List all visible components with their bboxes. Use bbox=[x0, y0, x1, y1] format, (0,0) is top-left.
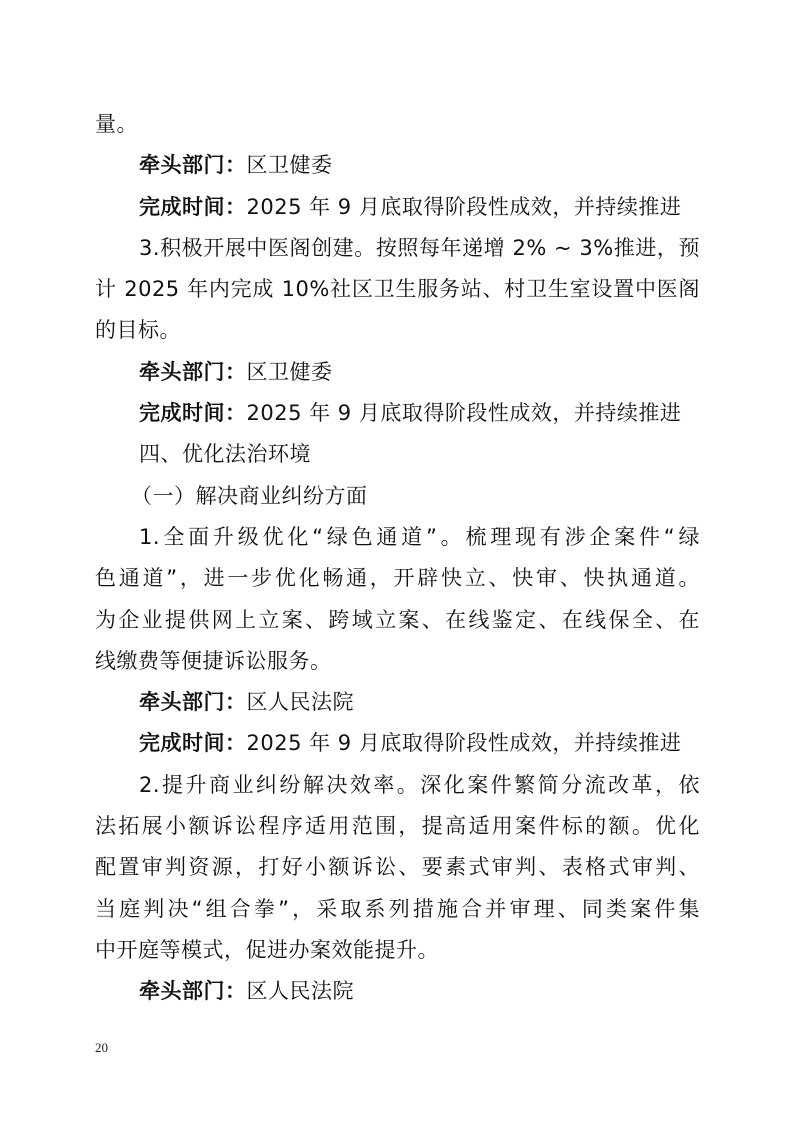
paragraph-line: 配置审判资源，打好小额诉讼、要素式审判、表格式审判、 bbox=[95, 847, 700, 888]
field-label: 牵头部门： bbox=[139, 690, 247, 714]
completion-time-line: 完成时间：2025 年 9 月底取得阶段性成效，并持续推进 bbox=[95, 187, 700, 228]
lead-department-line: 牵头部门：区卫健委 bbox=[95, 145, 700, 186]
document-page: 量。 牵头部门：区卫健委 完成时间：2025 年 9 月底取得阶段性成效，并持续… bbox=[95, 104, 700, 1013]
lead-department-line: 牵头部门：区卫健委 bbox=[95, 352, 700, 393]
paragraph-line: 3.积极开展中医阁创建。按照每年递增 2% ~ 3%推进，预 bbox=[95, 228, 700, 269]
field-value: 2025 年 9 月底取得阶段性成效，并持续推进 bbox=[247, 401, 682, 425]
field-label: 完成时间： bbox=[139, 195, 247, 219]
paragraph-line: 当庭判决“组合拳”，采取系列措施合并审理、同类案件集 bbox=[95, 889, 700, 930]
field-value: 2025 年 9 月底取得阶段性成效，并持续推进 bbox=[247, 195, 682, 219]
field-label: 牵头部门： bbox=[139, 360, 247, 384]
completion-time-line: 完成时间：2025 年 9 月底取得阶段性成效，并持续推进 bbox=[95, 393, 700, 434]
field-value: 区卫健委 bbox=[247, 360, 333, 384]
field-label: 牵头部门： bbox=[139, 153, 247, 177]
field-label: 完成时间： bbox=[139, 401, 247, 425]
field-label: 牵头部门： bbox=[139, 979, 247, 1003]
page-number: 20 bbox=[95, 1040, 108, 1056]
field-value: 区人民法院 bbox=[247, 690, 355, 714]
paragraph-tail: 量。 bbox=[95, 104, 700, 145]
paragraph-line: 2.提升商业纠纷解决效率。深化案件繁简分流改革，依 bbox=[95, 765, 700, 806]
paragraph-line: 线缴费等便捷诉讼服务。 bbox=[95, 641, 700, 682]
field-value: 2025 年 9 月底取得阶段性成效，并持续推进 bbox=[247, 731, 682, 755]
paragraph-line: 1.全面升级优化“绿色通道”。梳理现有涉企案件“绿 bbox=[95, 517, 700, 558]
paragraph-line: 中开庭等模式，促进办案效能提升。 bbox=[95, 930, 700, 971]
lead-department-line: 牵头部门：区人民法院 bbox=[95, 682, 700, 723]
field-value: 区卫健委 bbox=[247, 153, 333, 177]
section-heading: 四、优化法治环境 bbox=[95, 434, 700, 475]
paragraph-line: 为企业提供网上立案、跨域立案、在线鉴定、在线保全、在 bbox=[95, 600, 700, 641]
completion-time-line: 完成时间：2025 年 9 月底取得阶段性成效，并持续推进 bbox=[95, 723, 700, 764]
paragraph-line: 法拓展小额诉讼程序适用范围，提高适用案件标的额。优化 bbox=[95, 806, 700, 847]
field-label: 完成时间： bbox=[139, 731, 247, 755]
lead-department-line: 牵头部门：区人民法院 bbox=[95, 971, 700, 1012]
subsection-heading: （一）解决商业纠纷方面 bbox=[95, 476, 700, 517]
paragraph-line: 计 2025 年内完成 10%社区卫生服务站、村卫生室设置中医阁 bbox=[95, 269, 700, 310]
paragraph-line: 的目标。 bbox=[95, 310, 700, 351]
paragraph-line: 色通道”，进一步优化畅通，开辟快立、快审、快执通道。 bbox=[95, 558, 700, 599]
field-value: 区人民法院 bbox=[247, 979, 355, 1003]
